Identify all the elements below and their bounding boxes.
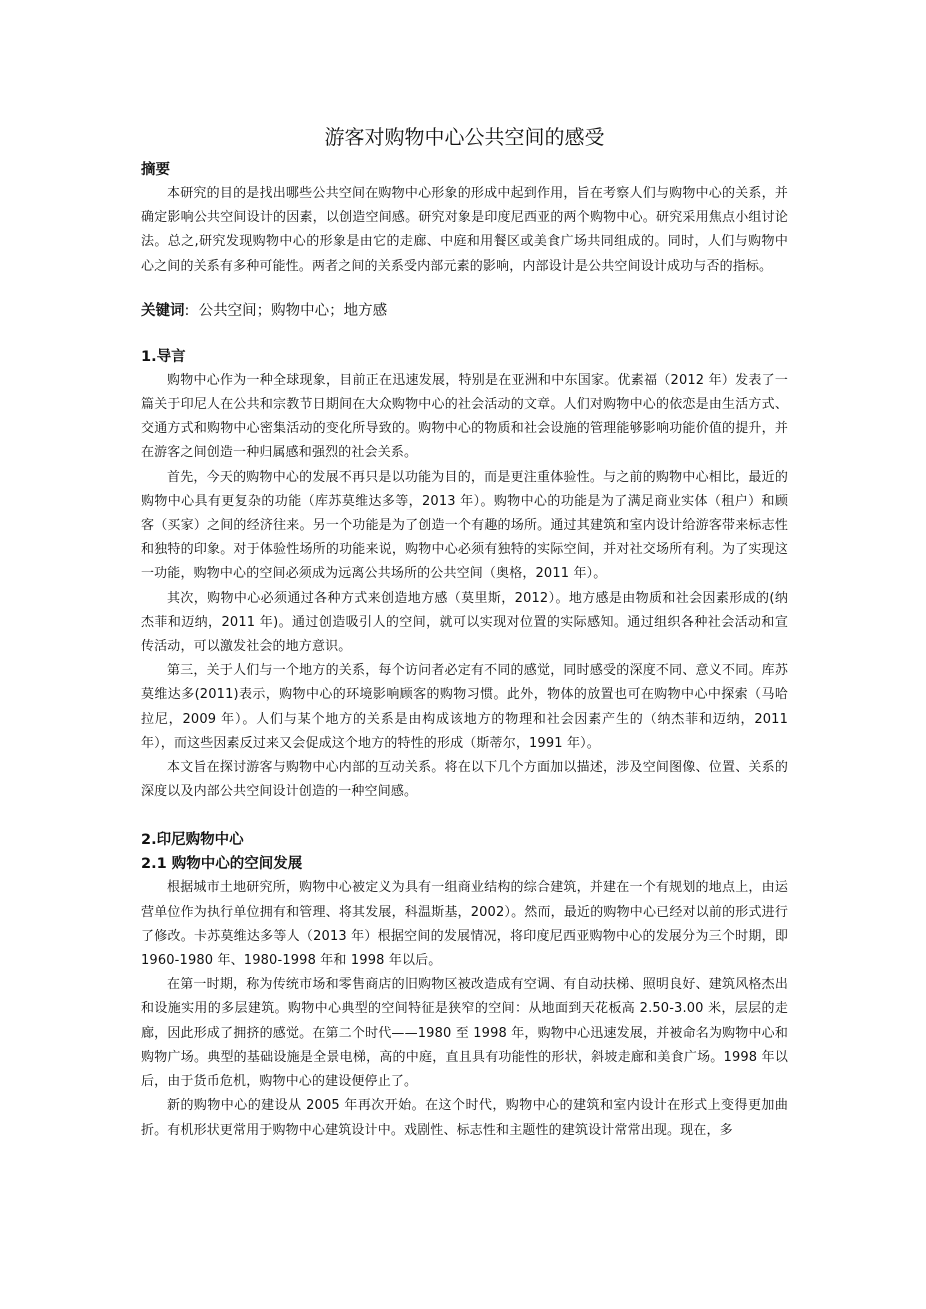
keywords-value: 公共空间；购物中心；地方感 [199, 303, 388, 319]
section-heading: 2.印尼购物中心 [141, 828, 788, 852]
paragraph: 新的购物中心的建设从 2005 年再次开始。在这个时代，购物中心的建筑和室内设计… [141, 1094, 788, 1142]
section-indonesian-malls: 2.印尼购物中心 2.1 购物中心的空间发展 根据城市土地研究所，购物中心被定义… [141, 828, 788, 1142]
section-heading: 1.导言 [141, 345, 788, 369]
abstract-heading: 摘要 [141, 158, 788, 182]
paragraph: 根据城市土地研究所，购物中心被定义为具有一组商业结构的综合建筑，并建在一个有规划… [141, 876, 788, 973]
keywords-separator: : [185, 303, 190, 319]
document-title: 游客对购物中心公共空间的感受 [141, 118, 788, 158]
keywords-line: 关键词: 公共空间；购物中心；地方感 [141, 299, 788, 323]
section-introduction: 1.导言 购物中心作为一种全球现象，目前正在迅速发展，特别是在亚洲和中东国家。优… [141, 345, 788, 805]
abstract-text: 本研究的目的是找出哪些公共空间在购物中心形象的形成中起到作用，旨在考察人们与购物… [141, 182, 788, 279]
paragraph: 其次，购物中心必须通过各种方式来创造地方感（莫里斯，2012）。地方感是由物质和… [141, 587, 788, 660]
paragraph: 购物中心作为一种全球现象，目前正在迅速发展，特别是在亚洲和中东国家。优素福（20… [141, 369, 788, 466]
paragraph: 在第一时期，称为传统市场和零售商店的旧购物区被改造成有空调、有自动扶梯、照明良好… [141, 973, 788, 1094]
document-page: 游客对购物中心公共空间的感受 摘要 本研究的目的是找出哪些公共空间在购物中心形象… [141, 118, 788, 1143]
subsection-heading: 2.1 购物中心的空间发展 [141, 852, 788, 876]
paragraph: 首先，今天的购物中心的发展不再只是以功能为目的，而是更注重体验性。与之前的购物中… [141, 466, 788, 587]
paragraph: 第三，关于人们与一个地方的关系，每个访问者必定有不同的感觉，同时感受的深度不同、… [141, 659, 788, 756]
keywords-label: 关键词 [141, 303, 185, 319]
abstract-section: 摘要 本研究的目的是找出哪些公共空间在购物中心形象的形成中起到作用，旨在考察人们… [141, 158, 788, 279]
paragraph: 本文旨在探讨游客与购物中心内部的互动关系。将在以下几个方面加以描述，涉及空间图像… [141, 756, 788, 804]
